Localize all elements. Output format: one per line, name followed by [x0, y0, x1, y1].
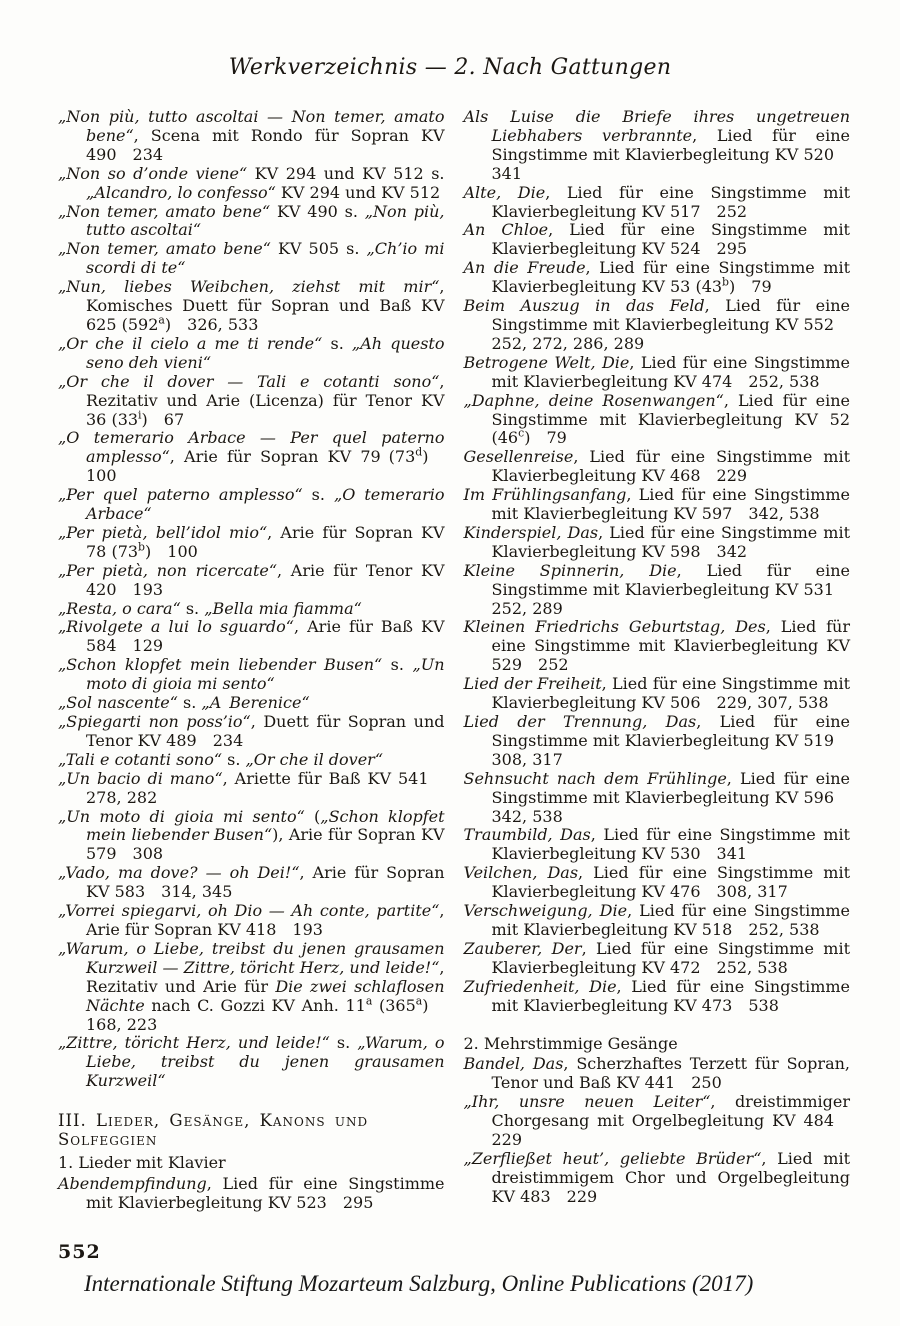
right-column: Als Luise die Briefe ihres ungetreuen Li… [464, 108, 851, 1207]
index-entry: An die Freude, Lied für eine Singstimme … [464, 259, 851, 297]
index-entry: „Non più, tutto ascoltai — Non temer, am… [58, 108, 445, 165]
entry-text-run: „Nun, liebes Weibchen, ziehst mit mir“ [58, 277, 439, 296]
index-entry: „Per quel paterno amplesso“ s. „O temera… [58, 486, 445, 524]
entry-text-run: ) 79 [524, 428, 567, 447]
entry-text-run: Betrogene Welt, Die [464, 353, 630, 372]
index-entry: Kleinen Friedrichs Geburtstag, Des, Lied… [464, 618, 851, 675]
entry-text-run: „Or che il dover — Tali e cotanti sono“ [58, 372, 439, 391]
index-entry: An Chloe, Lied für eine Singstimme mit K… [464, 221, 851, 259]
entry-text-run: s. [303, 485, 334, 504]
entry-text-run: „Alcandro, lo confesso“ [86, 183, 276, 202]
index-entry: „Resta, o cara“ s. „Bella mia fiamma“ [58, 600, 445, 619]
entry-text-run: „Non temer, amato bene“ [58, 239, 271, 258]
index-entry: „Or che il cielo a me ti rende“ s. „Ah q… [58, 335, 445, 373]
index-entry: Beim Auszug in das Feld, Lied für eine S… [464, 297, 851, 354]
entry-text-run: Verschweigung, Die [464, 901, 628, 920]
entry-text-run: „Tali e cotanti sono“ [58, 750, 222, 769]
entry-text-run: „Zittre, töricht Herz, und leide!“ [58, 1033, 330, 1052]
index-entry: „Rivolgete a lui lo sguardo“, Arie für B… [58, 618, 445, 656]
index-entry: „Sol nascente“ s. „A Berenice“ [58, 694, 445, 713]
entry-text-run: Im Frühlingsanfang [464, 485, 627, 504]
index-entry: Gesellenreise, Lied für eine Singstimme … [464, 448, 851, 486]
index-entry: „Zittre, töricht Herz, und leide!“ s. „W… [58, 1034, 445, 1091]
index-entry: Lied der Trennung, Das, Lied für eine Si… [464, 713, 851, 770]
entry-text-run: Gesellenreise [464, 447, 574, 466]
entry-text-run: Beim Auszug in das Feld [464, 296, 705, 315]
entry-text-run: ( [305, 807, 321, 826]
index-entry: Zauberer, Der, Lied für eine Singstimme … [464, 940, 851, 978]
footer-credit: Internationale Stiftung Mozarteum Salzbu… [84, 1271, 753, 1297]
entry-text-run: Kleinen Friedrichs Geburtstag, Des [464, 617, 766, 636]
index-entry: Abendempfindung, Lied für eine Singstimm… [58, 1175, 445, 1213]
index-entry: „Non so d’onde viene“ KV 294 und KV 512 … [58, 165, 445, 203]
entry-text-run: An die Freude [464, 258, 586, 277]
entry-text-run: ) 326, 533 [165, 315, 259, 334]
index-entry: „O temerario Arbace — Per quel paterno a… [58, 429, 445, 486]
entry-text-run: ) 79 [729, 277, 772, 296]
entry-text-run: „Or che il dover“ [246, 750, 384, 769]
entry-text-run: KV 294 und KV 512 [276, 183, 440, 202]
entry-text-run: „A Berenice“ [201, 693, 309, 712]
index-entry: Im Frühlingsanfang, Lied für eine Singst… [464, 486, 851, 524]
entry-text-run: KV 294 und KV 512 s. [247, 164, 444, 183]
entry-text-run: „Vorrei spiegarvi, oh Dio — Ah conte, pa… [58, 901, 439, 920]
entry-text-run: „Zerfließet heut’, geliebte Brüder“ [464, 1149, 762, 1168]
entry-text-run: s. [382, 655, 412, 674]
index-entry: „Un bacio di mano“, Ariette für Baß KV 5… [58, 770, 445, 808]
entry-text-run: KV 505 s. [271, 239, 367, 258]
index-entry: Veilchen, Das, Lied für eine Singstimme … [464, 864, 851, 902]
entry-text-run: Zauberer, Der [464, 939, 582, 958]
entry-text-run: s. [322, 334, 352, 353]
entry-text-run: , Arie für Sopran KV 79 (73 [170, 447, 416, 466]
entry-text-run: „Schon klopfet mein liebender Busen“ [58, 655, 382, 674]
entry-text-run: s. [330, 1033, 357, 1052]
entry-text-run: Zufriedenheit, Die [464, 977, 617, 996]
index-entry: „Daphne, deine Rosenwangen“, Lied für ei… [464, 392, 851, 449]
entry-text-run: „Or che il cielo a me ti rende“ [58, 334, 322, 353]
entry-text-run: b [722, 276, 729, 289]
entry-text-run: Abendempfindung [58, 1174, 207, 1193]
entry-text-run: KV 490 s. [270, 202, 365, 221]
entry-text-run: Alte, Die [464, 183, 546, 202]
entry-text-run: s. [222, 750, 245, 769]
entry-text-run: , Scena mit Rondo für Sopran KV 490 234 [86, 126, 445, 164]
index-entry: „Tali e cotanti sono“ s. „Or che il dove… [58, 751, 445, 770]
entry-text-run: „Daphne, deine Rosenwangen“ [464, 391, 724, 410]
page-number: 552 [58, 1241, 101, 1263]
entry-text-run: „Rivolgete a lui lo sguardo“ [58, 617, 294, 636]
index-entry: „Per pietà, bell’idol mio“, Arie für Sop… [58, 524, 445, 562]
entry-text-run: Bandel, Das [464, 1054, 564, 1073]
entry-text-run: An Chloe [464, 220, 549, 239]
entry-text-run: „Vado, ma dove? — oh Dei!“ [58, 863, 300, 882]
entry-text-run: b [138, 541, 145, 554]
index-entry: Bandel, Das, Scherzhaftes Terzett für So… [464, 1055, 851, 1093]
index-entry: Kleine Spinnerin, Die, Lied für eine Sin… [464, 562, 851, 619]
section-heading: III. Lieder, Gesänge, Kanons und Solfegg… [58, 1112, 445, 1150]
entry-text-run: , Lied für eine Singstimme mit Klavierbe… [492, 183, 851, 221]
index-entry: „Or che il dover — Tali e cotanti sono“,… [58, 373, 445, 430]
entry-text-run: Lied der Freiheit [464, 674, 602, 693]
index-entry: Sehnsucht nach dem Frühlinge, Lied für e… [464, 770, 851, 827]
entry-text-run: „Warum, o Liebe, treibst du jenen grausa… [58, 939, 445, 977]
entry-text-run: „Sol nascente“ [58, 693, 178, 712]
entry-text-run: s. [181, 599, 204, 618]
entry-text-run: „Resta, o cara“ [58, 599, 181, 618]
entry-text-run: „Per quel paterno amplesso“ [58, 485, 303, 504]
index-entry: „Spiegarti non poss’io“, Duett für Sopra… [58, 713, 445, 751]
index-entry: Als Luise die Briefe ihres ungetreuen Li… [464, 108, 851, 184]
entry-text-run: „Per pietà, bell’idol mio“ [58, 523, 267, 542]
index-entry: Zufriedenheit, Die, Lied für eine Singst… [464, 978, 851, 1016]
index-entry: „Vorrei spiegarvi, oh Dio — Ah conte, pa… [58, 902, 445, 940]
index-entry: Traumbild, Das, Lied für eine Singstimme… [464, 826, 851, 864]
index-entry: „Non temer, amato bene“ KV 490 s. „Non p… [58, 203, 445, 241]
entry-text-run: „Per pietà, non ricercate“ [58, 561, 277, 580]
entry-text-run: Lied der Trennung, Das [464, 712, 697, 731]
entry-text-run: Veilchen, Das [464, 863, 579, 882]
scanned-catalog-page: Werkverzeichnis — 2. Nach Gattungen „Non… [0, 0, 900, 1326]
index-entry: „Ihr, unsre neuen Leiter“, dreistimmiger… [464, 1093, 851, 1150]
entry-text-run: „Non so d’onde viene“ [58, 164, 247, 183]
sub-heading: 1. Lieder mit Klavier [58, 1154, 445, 1173]
index-entry: „Schon klopfet mein liebender Busen“ s. … [58, 656, 445, 694]
running-head: Werkverzeichnis — 2. Nach Gattungen [0, 55, 900, 80]
entry-text-run: „Ihr, unsre neuen Leiter“ [464, 1092, 711, 1111]
entry-text-run: ) 100 [145, 542, 198, 561]
entry-text-run: Kinderspiel, Das [464, 523, 599, 542]
index-entry: Betrogene Welt, Die, Lied für eine Sings… [464, 354, 851, 392]
entry-text-run: (365 [372, 996, 415, 1015]
index-entry: „Zerfließet heut’, geliebte Brüder“, Lie… [464, 1150, 851, 1207]
entry-text-run: s. [178, 693, 201, 712]
index-entry: „Vado, ma dove? — oh Dei!“, Arie für Sop… [58, 864, 445, 902]
entry-text-run: „Un moto di gioia mi sento“ [58, 807, 305, 826]
left-column: „Non più, tutto ascoltai — Non temer, am… [58, 108, 445, 1213]
index-entry: „Nun, liebes Weibchen, ziehst mit mir“, … [58, 278, 445, 335]
entry-text-run: „Un bacio di mano“ [58, 769, 223, 788]
index-entry: Alte, Die, Lied für eine Singstimme mit … [464, 184, 851, 222]
index-entry: „Per pietà, non ricercate“, Arie für Ten… [58, 562, 445, 600]
entry-text-run: Traumbild, Das [464, 825, 591, 844]
two-column-index: „Non più, tutto ascoltai — Non temer, am… [58, 108, 850, 1213]
entry-text-run: „Spiegarti non poss’io“ [58, 712, 251, 731]
entry-text-run: Kleine Spinnerin, Die [464, 561, 677, 580]
entry-text-run: „Bella mia fiamma“ [204, 599, 362, 618]
index-entry: „Un moto di gioia mi sento“ („Schon klop… [58, 808, 445, 865]
index-entry: „Warum, o Liebe, treibst du jenen grausa… [58, 940, 445, 1035]
entry-text-run: „Non temer, amato bene“ [58, 202, 270, 221]
sub-heading: 2. Mehrstimmige Gesänge [464, 1035, 851, 1054]
page-title: Werkverzeichnis — 2. Nach Gattungen [229, 55, 672, 80]
entry-text-run: nach C. Gozzi KV Anh. 11 [145, 996, 366, 1015]
index-entry: „Non temer, amato bene“ KV 505 s. „Ch’io… [58, 240, 445, 278]
index-entry: Kinderspiel, Das, Lied für eine Singstim… [464, 524, 851, 562]
entry-text-run: Sehnsucht nach dem Frühlinge [464, 769, 727, 788]
index-entry: Lied der Freiheit, Lied für eine Singsti… [464, 675, 851, 713]
entry-text-run: ) 67 [142, 410, 185, 429]
index-entry: Verschweigung, Die, Lied für eine Singst… [464, 902, 851, 940]
